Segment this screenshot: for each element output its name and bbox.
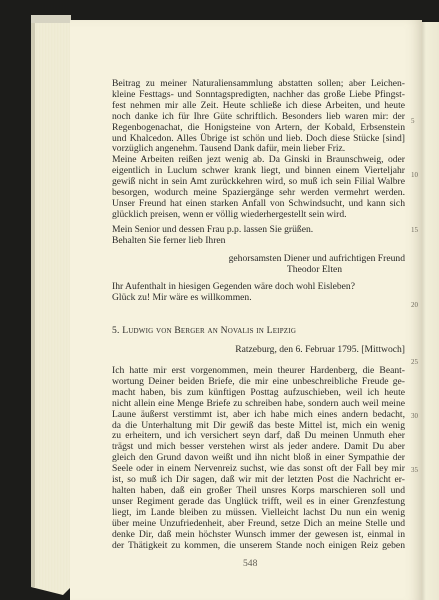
line-number: 35 bbox=[411, 466, 418, 474]
text-line: der Thätigkeit zu kommen, die unserem St… bbox=[112, 541, 405, 552]
page-stack-edge bbox=[31, 17, 71, 600]
greeting-line: Behalten Sie ferner lieb Ihren bbox=[112, 236, 405, 247]
postscript-line: Glück zu! Mir wäre es willkommen. bbox=[112, 293, 405, 304]
line-number: 15 bbox=[411, 226, 418, 234]
letter-heading: 5. Ludwig von Berger an Novalis in Leipz… bbox=[112, 326, 405, 337]
text-line: über meine Unzufriedenheit, aber Freund,… bbox=[112, 519, 405, 530]
letter-4-body: Beitrag zu meiner Naturaliensammlung abs… bbox=[112, 79, 405, 221]
dateline: Ratzeburg, den 6. Februar 1795. [Mittwoc… bbox=[112, 345, 405, 356]
book-cover-edge bbox=[31, 17, 35, 587]
letter-5-body: Ich hatte mir erst vorgenommen, mein the… bbox=[112, 366, 405, 551]
book-cover-top bbox=[31, 15, 71, 23]
line-number: 25 bbox=[411, 358, 418, 366]
text-line: glücklich preisen, wenn er völlig wieder… bbox=[112, 210, 405, 221]
closing-line: gehorsamsten Diener und aufrichtigen Fre… bbox=[112, 254, 405, 265]
text-line: Regenbogenachat, die Honigsteine von Art… bbox=[112, 123, 405, 134]
signature: Theodor Elten bbox=[112, 265, 405, 276]
page-body: Beitrag zu meiner Naturaliensammlung abs… bbox=[112, 79, 405, 551]
line-number: 20 bbox=[411, 301, 418, 309]
text-line: denke Dir, daß mein höchster Wunsch imme… bbox=[112, 530, 405, 541]
page-number: 548 bbox=[243, 558, 257, 569]
facing-page-edge bbox=[422, 22, 439, 600]
text-line: noch danke ich für Ihre Güte schriftlich… bbox=[112, 112, 405, 123]
line-number: 5 bbox=[411, 117, 415, 125]
line-number: 10 bbox=[411, 171, 418, 179]
line-number: 30 bbox=[411, 412, 418, 420]
text-line: Laune äußerst verstimmt ist, aber ich ha… bbox=[112, 410, 405, 421]
